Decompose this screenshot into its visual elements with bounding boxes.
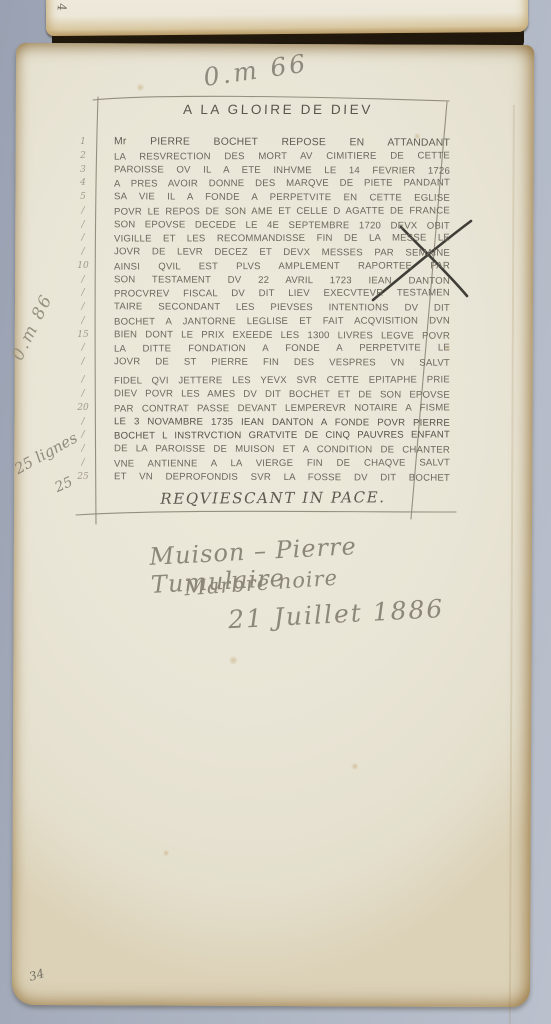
epitaph-line: BOCHET A JANTORNE LEGLISE ET FAIT ACQVIS…: [114, 314, 450, 329]
epitaph-line: BOCHET L INSTRVCTION GRATVITE DE CINQ PA…: [114, 429, 450, 444]
margin-mark: 20: [70, 402, 96, 416]
margin-mark: /: [70, 457, 96, 471]
margin-mark: /: [70, 287, 96, 301]
epitaph-line: ET VN DEPROFONDIS SVR LA FOSSE DV DIT BO…: [114, 470, 450, 485]
epitaph-line: VNE ANTIENNE A LA VIERGE FIN DE CHAQVE S…: [114, 456, 450, 471]
epitaph-line: SA VIE IL A FONDE A PERPETVITE EN CETTE …: [114, 190, 450, 205]
margin-line-numbers: 12345////10////15////20////25: [70, 136, 96, 484]
margin-mark: 3: [70, 164, 96, 178]
margin-mark: /: [70, 374, 96, 388]
epitaph-title: A LA GLOIRE DE DIEV: [112, 102, 445, 117]
epitaph-line: LA RESVRECTION DES MORT AV CIMITIERE DE …: [114, 149, 450, 164]
epitaph-line: PAR CONTRAT PASSE DEVANT LEMPEREVR NOTAI…: [114, 401, 450, 416]
margin-mark: /: [70, 356, 96, 370]
margin-mark: 15: [70, 329, 96, 343]
margin-mark: 10: [70, 260, 96, 274]
margin-mark: /: [70, 429, 96, 443]
page-edge-shadow-line: [509, 105, 515, 1024]
foxing-spot: [136, 83, 145, 91]
margin-mark: /: [70, 443, 96, 457]
epitaph-line: Mr PIERRE BOCHET REPOSE EN ATTANDANT: [114, 135, 450, 150]
epitaph-line: DE LA PAROISSE DE MUISON ET A CONDITION …: [114, 442, 450, 457]
margin-mark: /: [70, 342, 96, 356]
epitaph-closing: REQVIESCANT IN PACE.: [128, 488, 418, 508]
margin-mark: /: [70, 315, 96, 329]
epitaph-line: LA DITTE FONDATION A FONDE A PERPETVITE …: [114, 342, 450, 357]
epitaph-line: POVR LE REPOS DE SON AME ET CELLE D AGAT…: [114, 204, 450, 219]
margin-mark: /: [70, 301, 96, 315]
previous-page-edge: 4: [46, 0, 528, 36]
epitaph-line: AINSI QVIL EST PLVS AMPLEMENT RAPORTEE P…: [114, 259, 450, 274]
corner-page-number: 4: [54, 3, 69, 12]
foxing-spot: [351, 762, 359, 770]
margin-mark: /: [70, 246, 96, 260]
margin-mark: /: [70, 388, 96, 402]
foxing-spot: [163, 850, 170, 857]
epitaph-line: PROCVREV FISCAL DV DIT LIEV EXECVTEVR TE…: [114, 287, 450, 302]
epitaph-body: Mr PIERRE BOCHET REPOSE EN ATTANDANTLA R…: [114, 136, 450, 484]
margin-mark: 1: [70, 136, 96, 150]
margin-mark: 2: [70, 150, 96, 164]
margin-mark: /: [70, 219, 96, 233]
margin-mark: /: [70, 274, 96, 288]
epitaph-line: JOVR DE ST PIERRE FIN DES VESPRES VN SAL…: [114, 355, 450, 370]
epitaph-line: DIEV POVR LES AMES DV DIT BOCHET ET DE S…: [114, 387, 450, 402]
margin-mark: 5: [70, 191, 96, 205]
margin-mark: /: [70, 205, 96, 219]
margin-mark: 25: [70, 471, 96, 485]
margin-mark: /: [70, 416, 96, 430]
margin-mark: /: [70, 232, 96, 246]
epitaph-line: FIDEL QVI JETTERE LES YEVX SVR CETTE EPI…: [114, 374, 450, 389]
foxing-spot: [228, 656, 238, 665]
epitaph-line: A PRES AVOIR DONNE DES MARQVE DE PIETE P…: [114, 177, 450, 192]
margin-mark: 4: [70, 177, 96, 191]
notebook-photo: 4 0.m 66 0.m 86 25 lignes 25 34 A LA GLO…: [0, 0, 551, 1024]
epitaph-line: TAIRE SECONDANT LES PIEVSES INTENTIONS D…: [114, 300, 450, 315]
epitaph-line: VIGILLE ET LES RECOMMANDISSE FIN DE LA M…: [114, 232, 450, 247]
epitaph-line: JOVR DE LEVR DECEZ ET DEVX MESSES PAR SE…: [114, 245, 450, 260]
